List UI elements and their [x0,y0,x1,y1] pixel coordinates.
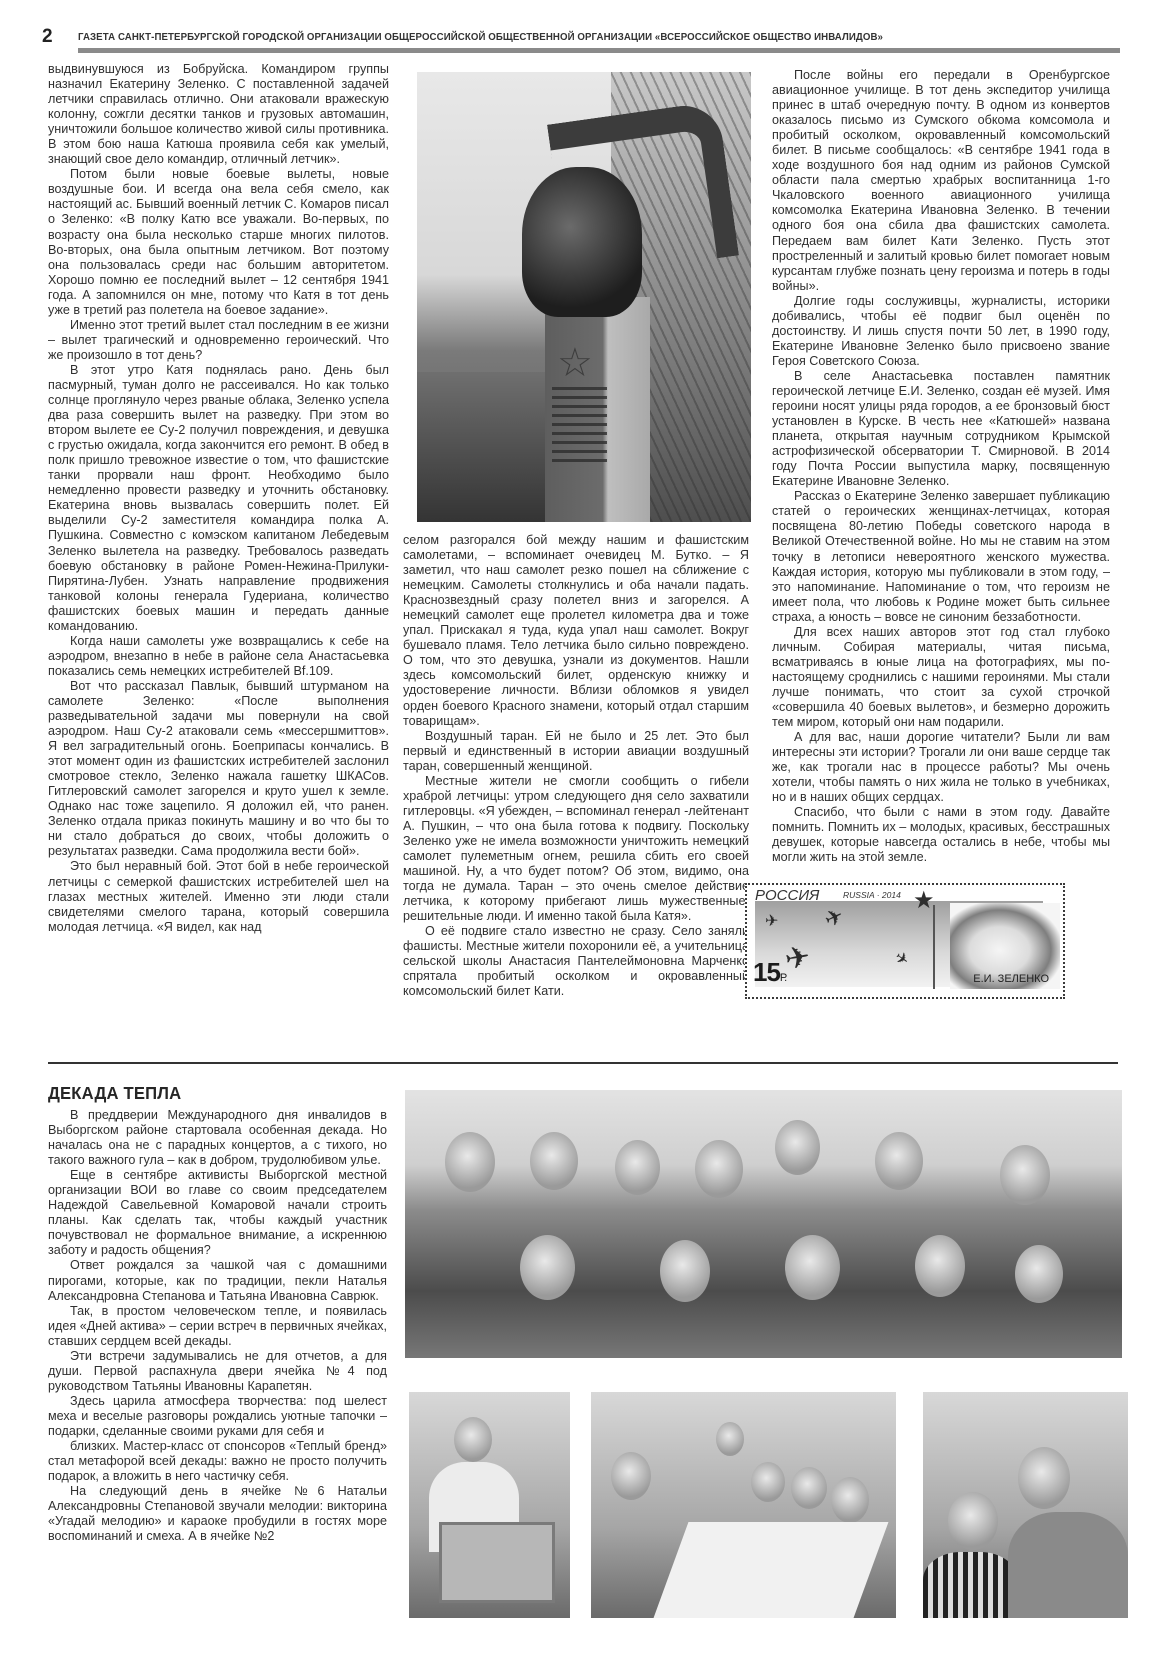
red-star-icon: ★ [913,886,935,915]
stamp-divider [933,905,935,989]
person-head [1000,1145,1050,1205]
stamp-year: RUSSIA · 2014 [843,890,901,900]
paragraph: Еще в сентябре активисты Выборгской мест… [48,1168,387,1258]
person-head [948,1492,998,1550]
paragraph: В селе Анастасьевка поставлен памятник г… [772,369,1110,489]
paragraph: Здесь царила атмосфера творчества: под ш… [48,1394,387,1439]
person-head [775,1120,820,1175]
article-column-1: выдвинувшуюся из Бобруйска. Командиром г… [48,62,389,935]
paragraph: Долгие годы сослуживцы, журналисты, исто… [772,294,1110,369]
page-header: 2 ГАЗЕТА САНКТ-ПЕТЕРБУРГСКОЙ ГОРОДСКОЙ О… [40,26,1120,54]
airplane-icon: ✈ [782,939,813,978]
paragraph: селом разгорался бой между нашим и фашис… [403,533,749,729]
airplane-icon: ✈ [765,911,778,931]
person-head [831,1477,869,1523]
person-head [611,1452,651,1500]
paragraph: Именно этот третий вылет стал последним … [48,318,389,363]
paragraph: Воздушный таран. Ей не было и 25 лет. Эт… [403,729,749,774]
stamp-value-number: 15 [753,957,780,987]
monument-bust [522,167,642,317]
article-2-text: В преддверии Международного дня инвалидо… [48,1108,387,1544]
star-icon: ☆ [557,340,593,386]
paragraph: На следующий день в ячейке №6 Натальи Ал… [48,1484,387,1544]
person-head [660,1240,710,1302]
person-head [875,1132,923,1190]
article-column-2: селом разгорался бой между нашим и фашис… [403,533,749,999]
person-head [530,1132,578,1190]
building-silhouette [417,372,545,522]
section-divider [48,1062,1118,1064]
paragraph: Это был неравный бой. Этот бой в небе ге… [48,859,389,934]
person-head [716,1422,744,1456]
person-head [785,1235,840,1300]
page-number: 2 [42,26,53,48]
photo-two-women [923,1392,1128,1618]
paragraph: Ответ рождался за чашкой чая с домашними… [48,1258,387,1303]
paragraph: Рассказ о Екатерине Зеленко завершает пу… [772,489,1110,624]
newspaper-title: ГАЗЕТА САНКТ-ПЕТЕРБУРГСКОЙ ГОРОДСКОЙ ОРГ… [78,32,883,43]
article-title: ДЕКАДА ТЕПЛА [48,1083,181,1104]
group-photo [405,1090,1122,1358]
paragraph: Когда наши самолеты уже возвращались к с… [48,634,389,679]
paragraph: Вот что рассказал Павлык, бывший штурман… [48,679,389,860]
paragraph: А для вас, наши дорогие читатели? Были л… [772,730,1110,805]
photo-woman-with-pie [409,1392,570,1618]
paragraph: Спасибо, что были с нами в этом году. Да… [772,805,1110,865]
paragraph: О её подвиге стало известно не сразу. Се… [403,924,749,999]
person-head [615,1140,660,1195]
paragraph: Местные жители не смогли сообщить о гибе… [403,774,749,924]
paragraph: В этот утро Катя поднялась рано. День бы… [48,363,389,634]
person-head [445,1132,495,1192]
paragraph: Для всех наших авторов этот год стал глу… [772,625,1110,730]
paragraph: В преддверии Международного дня инвалидо… [48,1108,387,1168]
person-head [751,1462,785,1502]
person-head [1018,1447,1070,1509]
paragraph: Потом были новые боевые вылеты, новые во… [48,167,389,317]
paragraph: выдвинувшуюся из Бобруйска. Командиром г… [48,62,389,167]
header-divider [78,48,1120,53]
person-head [915,1235,965,1297]
person-head [520,1235,575,1300]
person-body [923,1552,1018,1618]
paragraph: После войны его передали в Оренбургское … [772,68,1110,294]
article-column-3: После войны его передали в Оренбургское … [772,68,1110,865]
table [654,1522,889,1618]
stamp-country: РОССИЯ [755,887,819,904]
person-head [454,1417,492,1462]
paragraph: Эти встречи задумывались не для отчетов,… [48,1349,387,1394]
person-head [695,1140,743,1198]
airplane-icon: ✈ [890,947,912,971]
pie-tray [439,1522,555,1603]
monument-plaque [552,387,607,467]
person-head [791,1467,827,1509]
airplane-icon: ✈ [820,902,848,933]
stamp-caption: Е.И. ЗЕЛЕНКО [973,973,1049,985]
postage-stamp: ✈ ✈ ✈ ✈ РОССИЯ RUSSIA · 2014 ★ 15Р. Е.И.… [745,883,1065,999]
photo-tea-party [591,1392,896,1618]
monument-photo: ☆ [417,72,751,522]
stamp-currency: Р. [780,972,786,984]
person-body [1008,1512,1128,1618]
paragraph: Так, в простом человеческом тепле, и поя… [48,1304,387,1349]
person-head [1015,1245,1063,1303]
stamp-value: 15Р. [753,957,786,988]
paragraph: близких. Мастер-класс от спонсоров «Тепл… [48,1439,387,1484]
